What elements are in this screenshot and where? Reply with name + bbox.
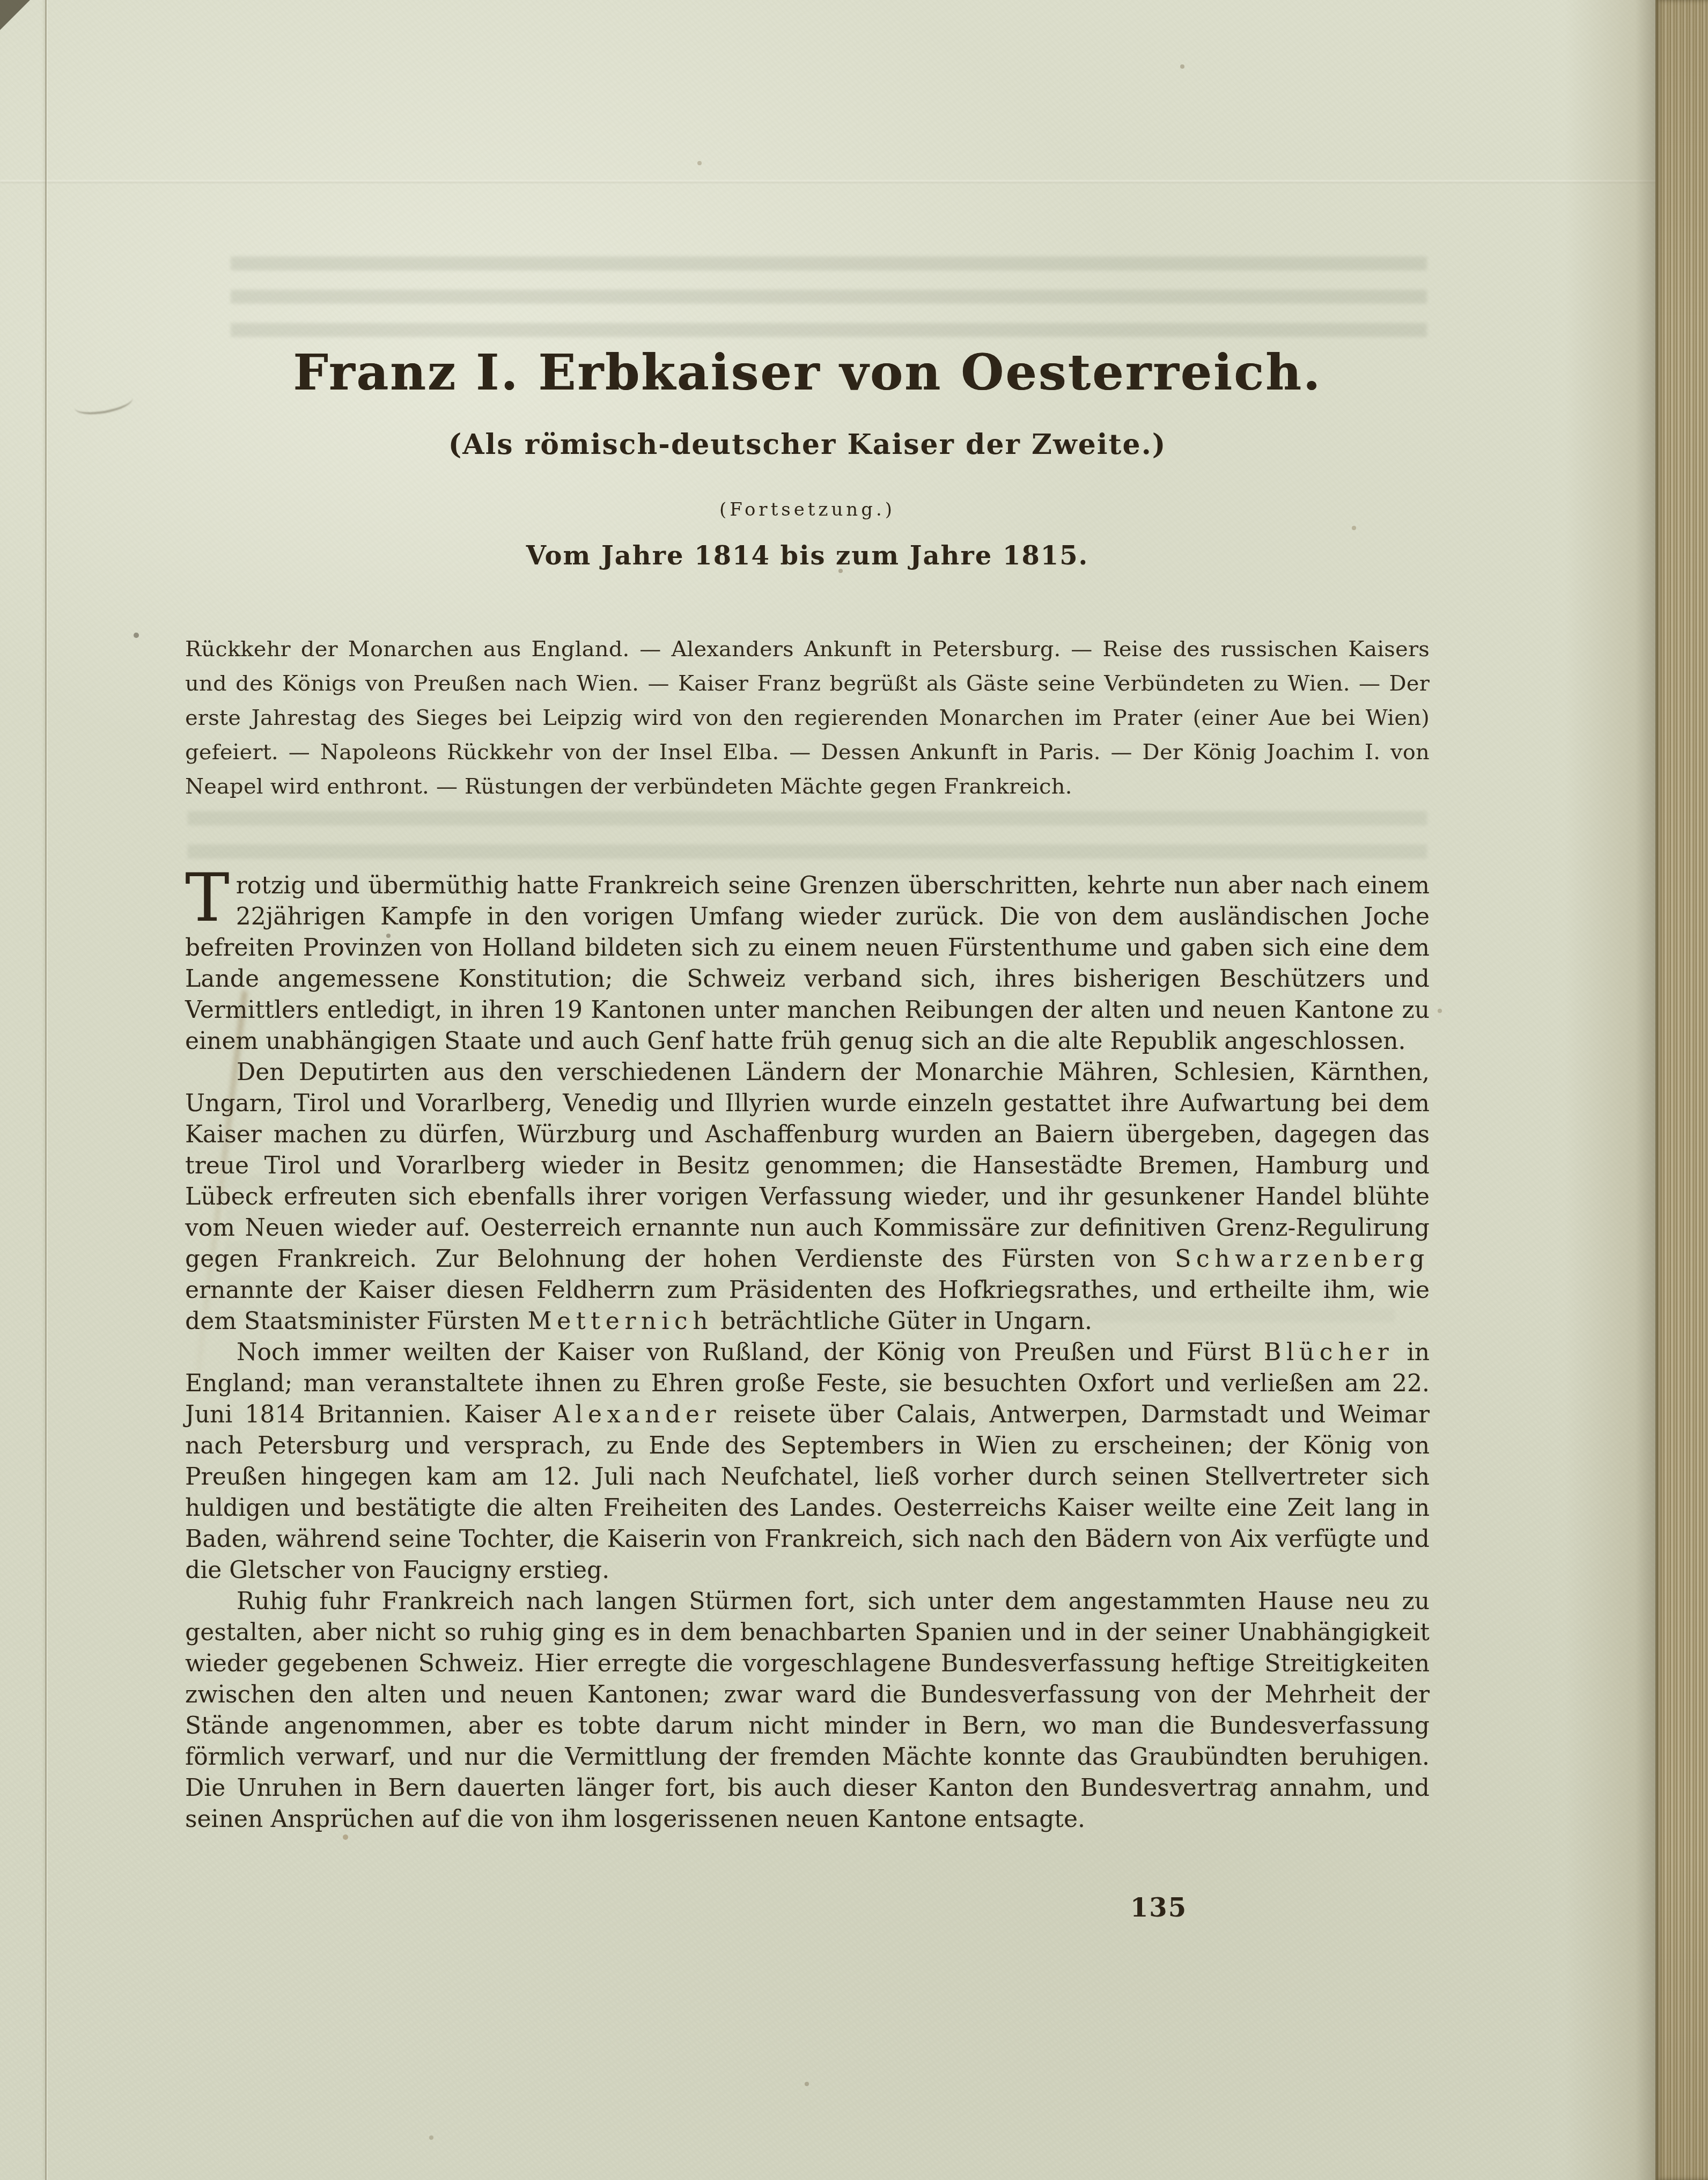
corner-shadow: [0, 0, 30, 30]
text-segment: Den Deputirten aus den verschiedenen Län…: [185, 1059, 1430, 1273]
page-subtitle: (Als römisch-deutscher Kaiser der Zweite…: [185, 428, 1430, 461]
period-heading: Vom Jahre 1814 bis zum Jahre 1815.: [185, 541, 1430, 571]
text-segment: Metternich: [528, 1308, 713, 1335]
page-curl-shading: [1564, 0, 1655, 2180]
page-title: Franz I. Erbkaiser von Oesterreich.: [185, 343, 1430, 401]
text-segment: Noch immer weilten der Kaiser von Rußlan…: [237, 1339, 1264, 1366]
continuation-note: (Fortsetzung.): [185, 499, 1430, 520]
dropcap-initial: T: [185, 870, 236, 923]
chapter-summary: Rückkehr der Monarchen aus England. — Al…: [185, 632, 1430, 804]
text-segment: Ruhig fuhr Frankreich nach langen Stürme…: [185, 1588, 1430, 1833]
text-segment: Blücher: [1264, 1339, 1394, 1366]
body-paragraph-3: Noch immer weilten der Kaiser von Rußlan…: [185, 1337, 1430, 1586]
body-paragraph-1: Trotzig und übermüthig hatte Frankreich …: [185, 870, 1430, 1057]
body-paragraph-2: Den Deputirten aus den verschiedenen Län…: [185, 1057, 1430, 1337]
page-number: 135: [1105, 1893, 1212, 1923]
horizontal-crease: [0, 180, 1657, 183]
book-fore-edge: [1655, 0, 1708, 2180]
text-segment: rotzig und übermüthig hatte Frankreich s…: [185, 872, 1430, 1055]
text-segment: reisete über Calais, Antwerpen, Darmstad…: [185, 1401, 1430, 1584]
text-segment: Schwarzenberg: [1175, 1245, 1430, 1273]
text-segment: Alexander: [553, 1401, 722, 1428]
book-page-scan: { "colors": { "paper": "#d9dbc8", "ink":…: [0, 0, 1708, 2180]
paragraph-text: rotzig und übermüthig hatte Frankreich s…: [185, 872, 1430, 1055]
text-segment: beträchtliche Güter in Ungarn.: [713, 1308, 1092, 1335]
body-paragraph-4: Ruhig fuhr Frankreich nach langen Stürme…: [185, 1586, 1430, 1835]
vertical-fold-line: [45, 0, 47, 2180]
body-text: Trotzig und übermüthig hatte Frankreich …: [185, 870, 1430, 1835]
